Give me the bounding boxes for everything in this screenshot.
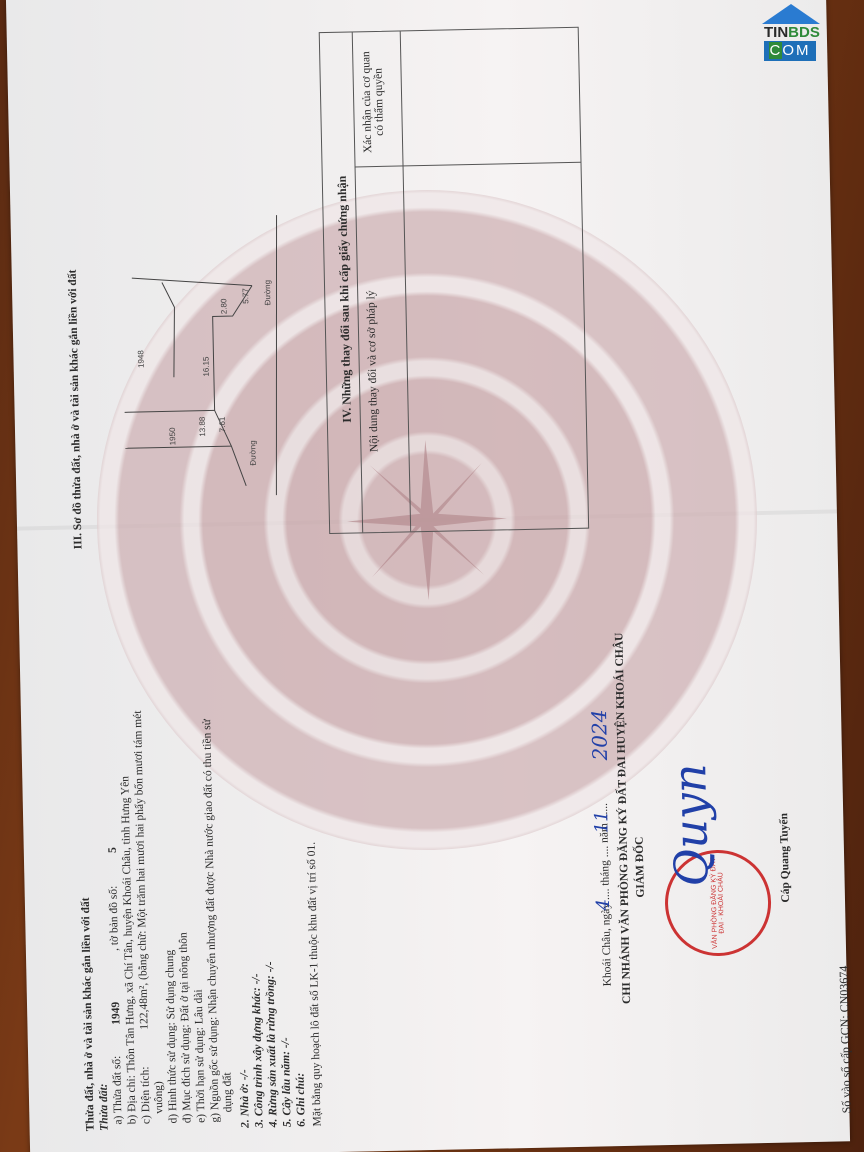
handwritten-month: 11 <box>591 810 612 833</box>
svg-text:1948: 1948 <box>136 350 145 369</box>
usage-term: e) Thời hạn sử dụng: Lâu dài <box>193 989 208 1123</box>
parcel-area-cont: vuông) <box>153 1081 166 1114</box>
usage-origin-cont: dụng đất <box>221 1072 234 1112</box>
house-roof-icon <box>762 4 820 24</box>
svg-text:Đường: Đường <box>248 440 258 465</box>
tinbds-watermark-logo: TINBDS COM <box>758 4 822 64</box>
agency-name: CHI NHÁNH VĂN PHÒNG ĐĂNG KÝ ĐẤT ĐAI HUYỆ… <box>613 632 633 1004</box>
section-header: Thửa đất, nhà ở và tài sản khác gắn liền… <box>80 897 97 1131</box>
svg-text:13.88: 13.88 <box>198 416 207 437</box>
col-confirmation: Xác nhận của cơ quan có thẩm quyền <box>360 47 386 157</box>
svg-text:16.15: 16.15 <box>201 356 210 377</box>
svg-text:7.61: 7.61 <box>218 416 227 432</box>
item-forest: 4. Rừng sản xuất là rừng trồng: -/- <box>264 961 279 1127</box>
usage-form: d) Hình thức sử dụng: Sử dụng chung <box>164 950 180 1124</box>
signer-position: GIÁM ĐỐC <box>634 836 647 897</box>
item-note: 6. Ghi chú: <box>295 1073 308 1127</box>
item-construction: 3. Công trình xây dựng khác: -/- <box>250 973 265 1127</box>
svg-text:2.80: 2.80 <box>219 298 228 314</box>
svg-text:Đường: Đường <box>263 280 273 305</box>
svg-text:1950: 1950 <box>168 427 177 446</box>
signer-name: Cáp Quang Tuyến <box>778 813 792 903</box>
svg-text:5.77: 5.77 <box>241 288 250 304</box>
item-house: 2. Nhà ở: -/- <box>238 1069 251 1128</box>
parcel-diagram: 1950 1948 7.61 16.15 2.80 5.77 13.88 Đườ… <box>100 185 287 509</box>
certificate-page: Thửa đất, nhà ở và tài sản khác gắn liền… <box>6 0 850 1152</box>
certificate-number: Số vào sổ cấp GCN: CN03674 <box>836 966 854 1114</box>
changes-table: IV. Những thay đổi sau khi cấp giấy chứn… <box>319 27 589 534</box>
section4-title: IV. Những thay đổi sau khi cấp giấy chứn… <box>335 176 355 423</box>
item-perennial: 5. Cây lâu năm: -/- <box>280 1037 294 1127</box>
col-changes: Nội dung thay đổi và cơ sở pháp lý <box>365 290 380 452</box>
handwritten-day: 4 <box>593 899 614 911</box>
note-text: Mặt bằng quy hoạch lô đất số LK-1 thuộc … <box>306 842 324 1127</box>
handwritten-year: 2024 <box>587 709 612 760</box>
signature-scribble: Quyn <box>662 763 719 887</box>
section3-title: III. Sơ đồ thửa đất, nhà ở và tài sản kh… <box>67 270 85 550</box>
parcel-title: Thửa đất: <box>98 1083 111 1131</box>
usage-purpose: đ) Mục đích sử dụng: Đất ở tại nông thôn <box>178 932 194 1123</box>
rotated-content: Thửa đất, nhà ở và tài sản khác gắn liền… <box>6 0 864 1150</box>
